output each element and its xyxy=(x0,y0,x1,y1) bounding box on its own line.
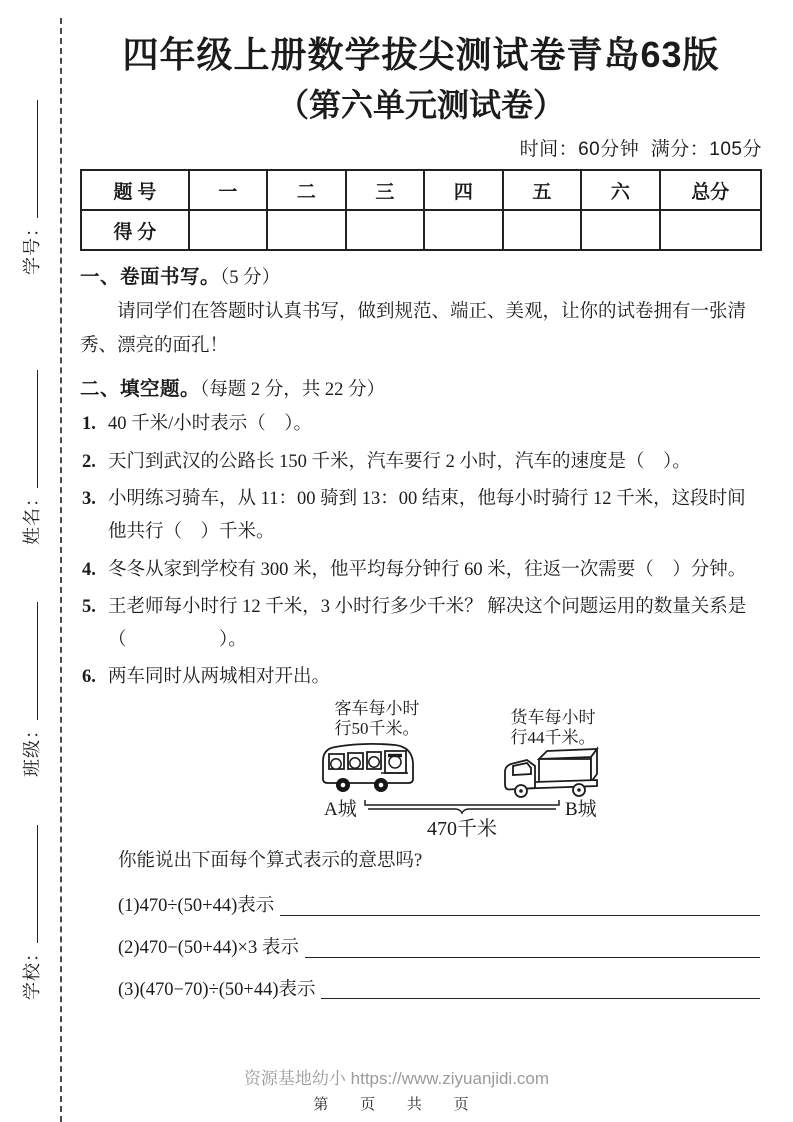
class-label: 班级： xyxy=(18,720,44,777)
score-table-col-4: 四 xyxy=(424,170,502,210)
school-label: 学校： xyxy=(18,943,44,1000)
score-table-col-1: 一 xyxy=(189,170,267,210)
question-3-number: 3. xyxy=(82,483,96,516)
name-fill-line xyxy=(19,370,38,488)
truck-speed-line1: 货车每小时 xyxy=(487,708,619,728)
truck-illustration xyxy=(501,744,599,798)
sidebar-field-class: 班级： xyxy=(18,567,42,777)
question-1-text: 40 千米/小时表示（ ）。 xyxy=(108,414,312,434)
question-6-followup: 你能说出下面每个算式表示的意思吗? (1)470÷(50+44)表示 (2)47… xyxy=(118,845,762,1004)
expression-1-row: (1)470÷(50+44)表示 xyxy=(118,893,762,920)
section1-heading: 一、卷面书写。（5 分） xyxy=(80,263,762,292)
score-cell-1 xyxy=(189,210,267,250)
bus-speed-line1: 客车每小时 xyxy=(311,699,443,719)
score-table-header-label: 题 号 xyxy=(81,170,189,210)
footer-page-info: 第 页 共 页 xyxy=(0,1093,793,1114)
score-cell-6 xyxy=(581,210,659,250)
question-1: 1. 40 千米/小时表示（ ）。 xyxy=(80,408,762,441)
score-table-col-total: 总分 xyxy=(660,170,761,210)
question-2-text: 天门到武汉的公路长 150 千米，汽车要行 2 小时，汽车的速度是（ ）。 xyxy=(108,452,691,472)
sidebar-field-school: 学校： xyxy=(18,790,42,1000)
question-6-text: 两车同时从两城相对开出。 xyxy=(108,667,330,687)
question-4: 4. 冬冬从家到学校有 300 米，他平均每分钟行 60 米，往返一次需要（ ）… xyxy=(80,554,762,587)
section1-points: （5 分） xyxy=(220,268,280,288)
name-label: 姓名： xyxy=(18,488,44,545)
section1-title: 一、卷面书写。 xyxy=(80,266,220,288)
score-table: 题 号 一 二 三 四 五 六 总分 得 分 xyxy=(80,169,762,251)
question-6-illustration: 客车每小时 行50千米。 货车每小时 行44千米。 xyxy=(80,699,762,837)
score-cell-2 xyxy=(267,210,345,250)
expression-3: (3)(470−70)÷(50+44)表示 xyxy=(118,977,315,1004)
score-table-header-row: 题 号 一 二 三 四 五 六 总分 xyxy=(81,170,761,210)
question-6: 6. 两车同时从两城相对开出。 xyxy=(80,661,762,694)
question-6-number: 6. xyxy=(82,661,96,694)
sidebar-field-student-id: 学号： xyxy=(18,65,42,275)
sidebar-field-name: 姓名： xyxy=(18,335,42,545)
class-fill-line xyxy=(19,602,38,720)
expression-3-row: (3)(470−70)÷(50+44)表示 xyxy=(118,977,762,1004)
section2-heading: 二、填空题。（每题 2 分，共 22 分） xyxy=(80,375,762,404)
school-fill-line xyxy=(19,825,38,943)
section2-points: （每题 2 分，共 22 分） xyxy=(200,380,385,400)
score-table-col-2: 二 xyxy=(267,170,345,210)
score-cell-total xyxy=(660,210,761,250)
student-id-fill-line xyxy=(19,100,38,218)
paper-content: 四年级上册数学拔尖测试卷青岛63版 （第六单元测试卷） 时间：60分钟 满分：1… xyxy=(80,34,762,1003)
question-4-text: 冬冬从家到学校有 300 米，他平均每分钟行 60 米，往返一次需要（ ）分钟。 xyxy=(108,560,746,580)
question-3-text: 小明练习骑车，从 11：00 骑到 13：00 结束，他每小时骑行 12 千米，… xyxy=(108,489,746,542)
page-title: 四年级上册数学拔尖测试卷青岛63版 xyxy=(80,34,762,75)
score-cell-3 xyxy=(346,210,424,250)
expression-2: (2)470−(50+44)×3 表示 xyxy=(118,935,299,962)
score-table-score-row: 得 分 xyxy=(81,210,761,250)
score-table-col-5: 五 xyxy=(503,170,581,210)
score-row-label: 得 分 xyxy=(81,210,189,250)
followup-prompt: 你能说出下面每个算式表示的意思吗? xyxy=(118,845,762,878)
section1-body: 请同学们在答题时认真书写，做到规范、端正、美观，让你的试卷拥有一张清秀、漂亮的面… xyxy=(80,296,762,363)
bus-illustration xyxy=(318,736,418,794)
question-2-number: 2. xyxy=(82,446,96,479)
truck-speed-label: 货车每小时 行44千米。 xyxy=(487,708,619,748)
score-cell-4 xyxy=(424,210,502,250)
question-5-text: 王老师每小时行 12 千米，3 小时行多少千米？ 解决这个问题运用的数量关系是（… xyxy=(108,597,746,650)
expression-1: (1)470÷(50+44)表示 xyxy=(118,893,274,920)
question-5-number: 5. xyxy=(82,591,96,624)
question-4-number: 4. xyxy=(82,554,96,587)
city-a-label: A城 xyxy=(324,794,357,821)
page-subtitle: （第六单元测试卷） xyxy=(80,87,762,124)
student-id-label: 学号： xyxy=(18,218,44,275)
footer-source-link: 资源基地幼小 https://www.ziyuanjidi.com xyxy=(0,1064,793,1089)
time-score-meta: 时间：60分钟 满分：105分 xyxy=(80,134,762,161)
question-2: 2. 天门到武汉的公路长 150 千米，汽车要行 2 小时，汽车的速度是（ ）。 xyxy=(80,446,762,479)
question-3: 3. 小明练习骑车，从 11：00 骑到 13：00 结束，他每小时骑行 12 … xyxy=(80,483,762,550)
expression-3-answer-line xyxy=(321,977,760,1000)
cut-dashed-line xyxy=(60,18,62,1122)
city-b-label: B城 xyxy=(565,794,597,821)
score-cell-5 xyxy=(503,210,581,250)
score-table-col-3: 三 xyxy=(346,170,424,210)
question-1-number: 1. xyxy=(82,408,96,441)
expression-2-row: (2)470−(50+44)×3 表示 xyxy=(118,935,762,962)
bus-speed-label: 客车每小时 行50千米。 xyxy=(311,699,443,739)
score-table-col-6: 六 xyxy=(581,170,659,210)
distance-label: 470千米 xyxy=(363,812,561,841)
question-5: 5. 王老师每小时行 12 千米，3 小时行多少千米？ 解决这个问题运用的数量关… xyxy=(80,591,762,658)
expression-1-answer-line xyxy=(280,893,760,916)
test-paper-page: { "page": { "title": "四年级上册数学拔尖测试卷青岛63版"… xyxy=(0,0,793,1122)
section2-title: 二、填空题。 xyxy=(80,378,200,400)
expression-2-answer-line xyxy=(305,935,760,958)
